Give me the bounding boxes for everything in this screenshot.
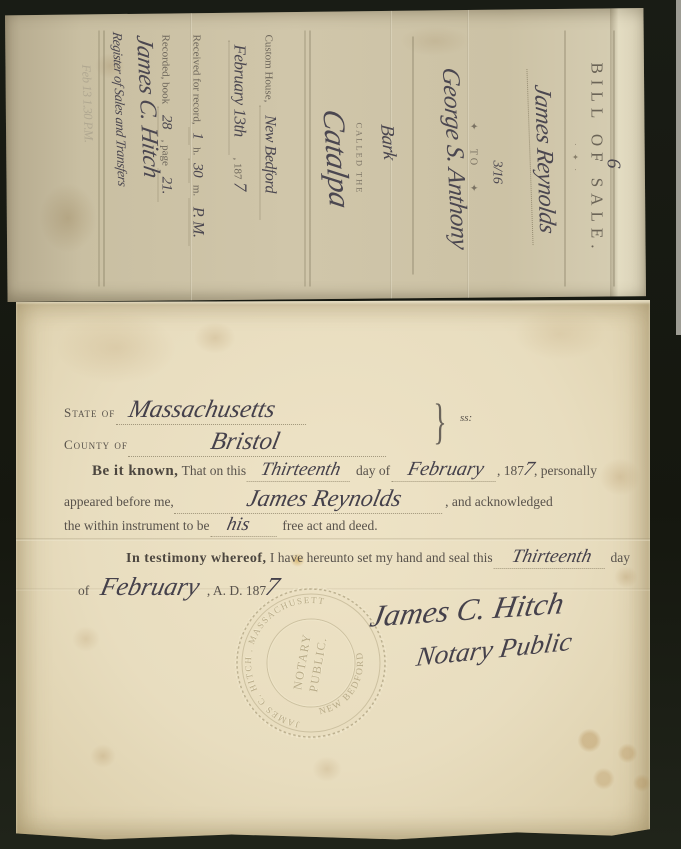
ack-text: , and acknowledged [445,494,553,509]
stain [614,566,638,588]
received-for-record-line: Received for record, 1 h. 30 m. P. M. [189,35,207,297]
ss-label: ss: [460,412,472,424]
ack-text: , personally [534,463,597,478]
document-scan: 6 BILL OF SALE. · ✦ · James Reynolds 3/1… [0,0,681,849]
received-minutes-script: 30 [189,158,206,182]
month-script: February [391,458,500,482]
vessel-name-script: Catalpa [315,107,358,210]
stain [599,458,641,496]
double-rule [99,31,105,287]
vessel-type-script: Bark [375,123,400,160]
received-label: Received for record, [191,35,203,125]
recorder-title-script: Register of Sales and Transfers [109,31,130,187]
stain [90,744,116,768]
called-the-label: CALLED THE [355,13,365,305]
share-fraction-script: 3/16 [489,161,505,184]
ack-text: appeared before me, [64,494,174,509]
be-it-known-label: Be it known, [64,463,178,479]
pencil-annotation: Feb 13 1.30 P.M. [78,64,96,142]
custom-house-label: Custom House, [263,35,275,103]
state-value-script: Massachusetts [116,396,312,425]
ack-text: , 187 [497,463,524,478]
testimony-month-script: February [89,572,210,602]
ack-text: day [611,550,631,565]
ack-text: I have hereunto set my hand and seal thi… [270,550,493,565]
appearer-script: James Reynolds [174,486,448,514]
notary-title-script: Notary Public [414,626,574,673]
testimony-day-script: Thirteenth [494,546,610,569]
docket-title: BILL OF SALE. [587,13,607,305]
ack-text: of [78,583,89,598]
docket-content-rotated: 6 BILL OF SALE. · ✦ · James Reynolds 3/1… [16,13,621,305]
received-hour-script: 1 [189,127,206,144]
record-date-script: February 13th [229,41,250,155]
ack-paragraph-line1: Be it known, That on this Thirteenth day… [64,458,597,482]
notary-signature-script: James C. Hitch [367,585,567,634]
rule [565,31,566,287]
scanner-edge [676,0,681,335]
pronoun-script: his [210,514,281,537]
stain [72,626,100,652]
minutes-label: m. [191,185,203,196]
ack-text: free act and deed. [282,518,377,533]
ack-text: the within instrument to be [64,518,209,533]
rule [413,37,414,275]
record-date-line: February 13th , 187 7 [230,41,251,293]
stain-speckles [561,715,656,800]
double-rule [305,31,311,287]
date-year-digit-script: 7 [231,182,251,191]
notary-signature-line: James C. Hitch [372,592,562,628]
rule [614,31,615,287]
day-script: Thirteenth [247,459,355,482]
state-line: State of Massachusetts [64,396,308,425]
testimony-line1: In testimony whereof, I have hereunto se… [126,546,630,569]
acknowledgment-sheet: State of Massachusetts County of Bristol… [16,300,650,841]
stain [312,756,342,782]
county-label: County of [64,437,128,452]
stain [194,322,236,354]
state-label: State of [64,405,115,420]
ack-text: That on this [182,463,247,478]
county-line: County of Bristol [64,428,389,457]
buyer-name-script: George S. Anthony [436,66,473,251]
title-ornament: · ✦ · [571,13,580,305]
ack-paragraph-line3: the within instrument to be his free act… [64,514,378,537]
received-meridiem-script: P. M. [189,199,207,246]
hour-label: h. [191,147,203,155]
notary-title-line: Notary Public [418,634,570,665]
seller-name-script: James Reynolds [526,69,560,249]
docket-panel: 6 BILL OF SALE. · ✦ · James Reynolds 3/1… [5,8,646,302]
to-ornament-left: ✦ [468,122,479,133]
ack-text: day of [356,463,390,478]
in-testimony-label: In testimony whereof, [126,551,267,566]
date-printed-suffix: , 187 [232,157,244,179]
stain [514,308,606,360]
custom-house-line: Custom House, New Bedford [261,35,279,293]
county-value-script: Bristol [128,428,392,457]
brace-glyph: } [433,392,446,450]
fold-crease [16,538,650,541]
stain [56,312,176,384]
ack-paragraph-line2: appeared before me, James Reynolds, and … [64,486,553,514]
custom-house-value-script: New Bedford [260,105,279,219]
recorded-label: Recorded, book [160,35,172,105]
